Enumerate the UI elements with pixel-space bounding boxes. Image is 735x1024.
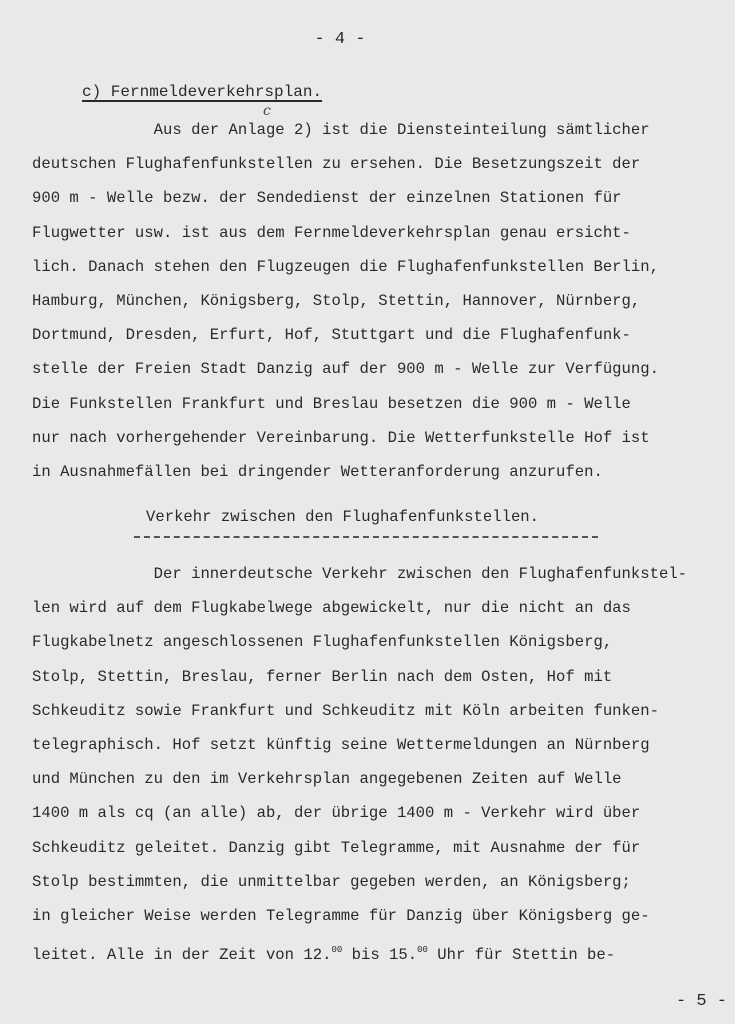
- paragraph-2: Der innerdeutsche Verkehr zwischen den F…: [32, 557, 687, 967]
- subheading: Verkehr zwischen den Flughafenfunkstelle…: [146, 508, 539, 526]
- page-number-bottom: - 5 -: [676, 992, 727, 1011]
- dashed-underline: [134, 536, 598, 538]
- text-line: 1400 m als cq (an alle) ab, der übrige 1…: [32, 796, 687, 830]
- text-line: und München zu den im Verkehrsplan angeg…: [32, 762, 687, 796]
- text-line: lich. Danach stehen den Flugzeugen die F…: [32, 250, 659, 284]
- text-line: Aus der Anlage 2) ist die Diensteinteilu…: [32, 113, 659, 147]
- text-line: telegraphisch. Hof setzt künftig seine W…: [32, 728, 687, 762]
- text-line: in gleicher Weise werden Telegramme für …: [32, 899, 687, 933]
- page-number-top: - 4 -: [0, 30, 680, 49]
- text-line: in Ausnahmefällen bei dringender Wettera…: [32, 455, 659, 489]
- text-line: Stolp bestimmten, die unmittelbar gegebe…: [32, 865, 687, 899]
- text-line: Die Funkstellen Frankfurt und Breslau be…: [32, 387, 659, 421]
- document-page: - 4 - c) Fernmeldeverkehrsplan. c Aus de…: [0, 0, 735, 1024]
- text-line: Stolp, Stettin, Breslau, ferner Berlin n…: [32, 660, 687, 694]
- text-line: deutschen Flughafenfunkstellen zu ersehe…: [32, 147, 659, 181]
- text-line: len wird auf dem Flugkabelwege abgewicke…: [32, 591, 687, 625]
- text-line: Der innerdeutsche Verkehr zwischen den F…: [32, 557, 687, 591]
- text-line: stelle der Freien Stadt Danzig auf der 9…: [32, 352, 659, 386]
- section-heading: c) Fernmeldeverkehrsplan.: [82, 83, 322, 101]
- text-line: nur nach vorhergehender Vereinbarung. Di…: [32, 421, 659, 455]
- text-line: leitet. Alle in der Zeit von 12.00 bis 1…: [32, 933, 687, 967]
- text-line: Dortmund, Dresden, Erfurt, Hof, Stuttgar…: [32, 318, 659, 352]
- text-line: 900 m - Welle bezw. der Sendedienst der …: [32, 181, 659, 215]
- paragraph-1: Aus der Anlage 2) ist die Diensteinteilu…: [32, 113, 659, 489]
- text-line: Schkeuditz geleitet. Danzig gibt Telegra…: [32, 831, 687, 865]
- text-line: Flugkabelnetz angeschlossenen Flughafenf…: [32, 625, 687, 659]
- text-line: Schkeuditz sowie Frankfurt und Schkeudit…: [32, 694, 687, 728]
- text-line: Flugwetter usw. ist aus dem Fernmeldever…: [32, 216, 659, 250]
- text-line: Hamburg, München, Königsberg, Stolp, Ste…: [32, 284, 659, 318]
